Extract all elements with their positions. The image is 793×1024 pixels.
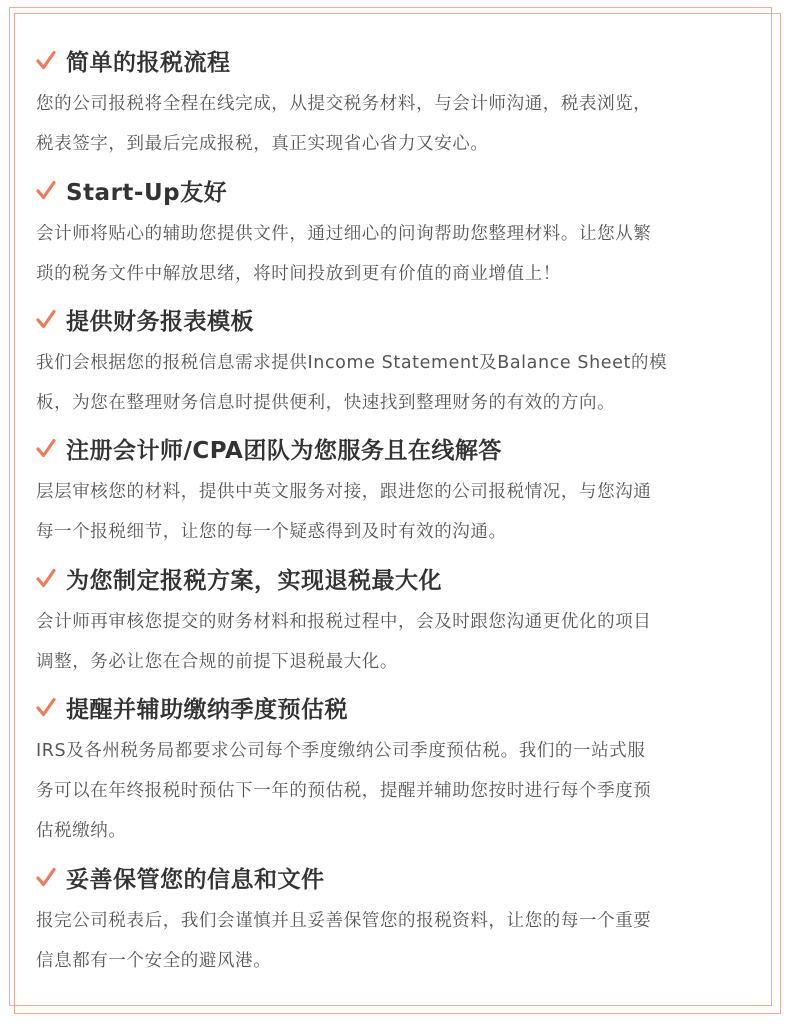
section-body: 会计师将贴心的辅助您提供文件，通过细心的问询帮助您整理材料。让您从繁 琐的税务文…: [36, 214, 752, 294]
section-title: 提醒并辅助缴纳季度预估税: [66, 691, 348, 724]
body-line: 琐的税务文件中解放思绪，将时间投放到更有价值的商业增值上！: [36, 254, 752, 294]
section-title: Start-Up友好: [66, 174, 227, 207]
section-heading: Start-Up友好: [36, 170, 752, 210]
body-line: 板，为您在整理财务信息时提供便利，快速找到整理财务的有效的方向。: [36, 383, 752, 423]
body-line: 估税缴纳。: [36, 811, 752, 851]
feature-section-startup-friendly: Start-Up友好 会计师将贴心的辅助您提供文件，通过细心的问询帮助您整理材料…: [36, 170, 752, 294]
checkmark-icon: [36, 687, 58, 727]
body-line: 调整，务必让您在合规的前提下退税最大化。: [36, 642, 752, 682]
body-line: IRS及各州税务局都要求公司每个季度缴纳公司季度预估税。我们的一站式服: [36, 731, 752, 771]
checkmark-icon: [36, 170, 58, 210]
section-title: 注册会计师/CPA团队为您服务且在线解答: [66, 432, 502, 465]
body-line: 我们会根据您的报税信息需求提供Income Statement及Balance …: [36, 343, 752, 383]
body-line: 每一个报税细节，让您的每一个疑惑得到及时有效的沟通。: [36, 512, 752, 552]
section-heading: 提供财务报表模板: [36, 299, 752, 339]
section-title: 妥善保管您的信息和文件: [66, 861, 325, 894]
checkmark-icon: [36, 428, 58, 468]
body-line: 务可以在年终报税时预估下一年的预估税，提醒并辅助您按时进行每个季度预: [36, 771, 752, 811]
body-line: 报完公司税表后，我们会谨慎并且妥善保管您的报税资料，让您的每一个重要: [36, 901, 752, 941]
body-line: 税表签字，到最后完成报税，真正实现省心省力又安心。: [36, 124, 752, 164]
checkmark-icon: [36, 40, 58, 80]
section-title: 简单的报税流程: [66, 44, 231, 77]
section-body: IRS及各州税务局都要求公司每个季度缴纳公司季度预估税。我们的一站式服 务可以在…: [36, 731, 752, 851]
section-body: 报完公司税表后，我们会谨慎并且妥善保管您的报税资料，让您的每一个重要 信息都有一…: [36, 901, 752, 981]
feature-section-financial-templates: 提供财务报表模板 我们会根据您的报税信息需求提供Income Statement…: [36, 299, 752, 423]
section-title: 为您制定报税方案，实现退税最大化: [66, 562, 442, 595]
feature-section-tax-plan: 为您制定报税方案，实现退税最大化 会计师再审核您提交的财务材料和报税过程中，会及…: [36, 558, 752, 682]
body-line: 层层审核您的材料，提供中英文服务对接，跟进您的公司报税情况，与您沟通: [36, 472, 752, 512]
body-line: 会计师将贴心的辅助您提供文件，通过细心的问询帮助您整理材料。让您从繁: [36, 214, 752, 254]
feature-section-simple-process: 简单的报税流程 您的公司报税将全程在线完成，从提交税务材料，与会计师沟通，税表浏…: [36, 40, 752, 164]
feature-section-secure-storage: 妥善保管您的信息和文件 报完公司税表后，我们会谨慎并且妥善保管您的报税资料，让您…: [36, 857, 752, 981]
section-heading: 简单的报税流程: [36, 40, 752, 80]
body-line: 会计师再审核您提交的财务材料和报税过程中，会及时跟您沟通更优化的项目: [36, 602, 752, 642]
section-body: 层层审核您的材料，提供中英文服务对接，跟进您的公司报税情况，与您沟通 每一个报税…: [36, 472, 752, 552]
section-title: 提供财务报表模板: [66, 303, 254, 336]
section-body: 您的公司报税将全程在线完成，从提交税务材料，与会计师沟通，税表浏览， 税表签字，…: [36, 84, 752, 164]
checkmark-icon: [36, 299, 58, 339]
checkmark-icon: [36, 558, 58, 598]
section-body: 会计师再审核您提交的财务材料和报税过程中，会及时跟您沟通更优化的项目 调整，务必…: [36, 602, 752, 682]
body-line: 信息都有一个安全的避风港。: [36, 941, 752, 981]
body-line: 您的公司报税将全程在线完成，从提交税务材料，与会计师沟通，税表浏览，: [36, 84, 752, 124]
section-heading: 为您制定报税方案，实现退税最大化: [36, 558, 752, 598]
section-body: 我们会根据您的报税信息需求提供Income Statement及Balance …: [36, 343, 752, 423]
feature-section-cpa-team: 注册会计师/CPA团队为您服务且在线解答 层层审核您的材料，提供中英文服务对接，…: [36, 428, 752, 552]
section-heading: 注册会计师/CPA团队为您服务且在线解答: [36, 428, 752, 468]
checkmark-icon: [36, 857, 58, 897]
section-heading: 提醒并辅助缴纳季度预估税: [36, 687, 752, 727]
feature-section-estimated-tax: 提醒并辅助缴纳季度预估税 IRS及各州税务局都要求公司每个季度缴纳公司季度预估税…: [36, 687, 752, 851]
section-heading: 妥善保管您的信息和文件: [36, 857, 752, 897]
